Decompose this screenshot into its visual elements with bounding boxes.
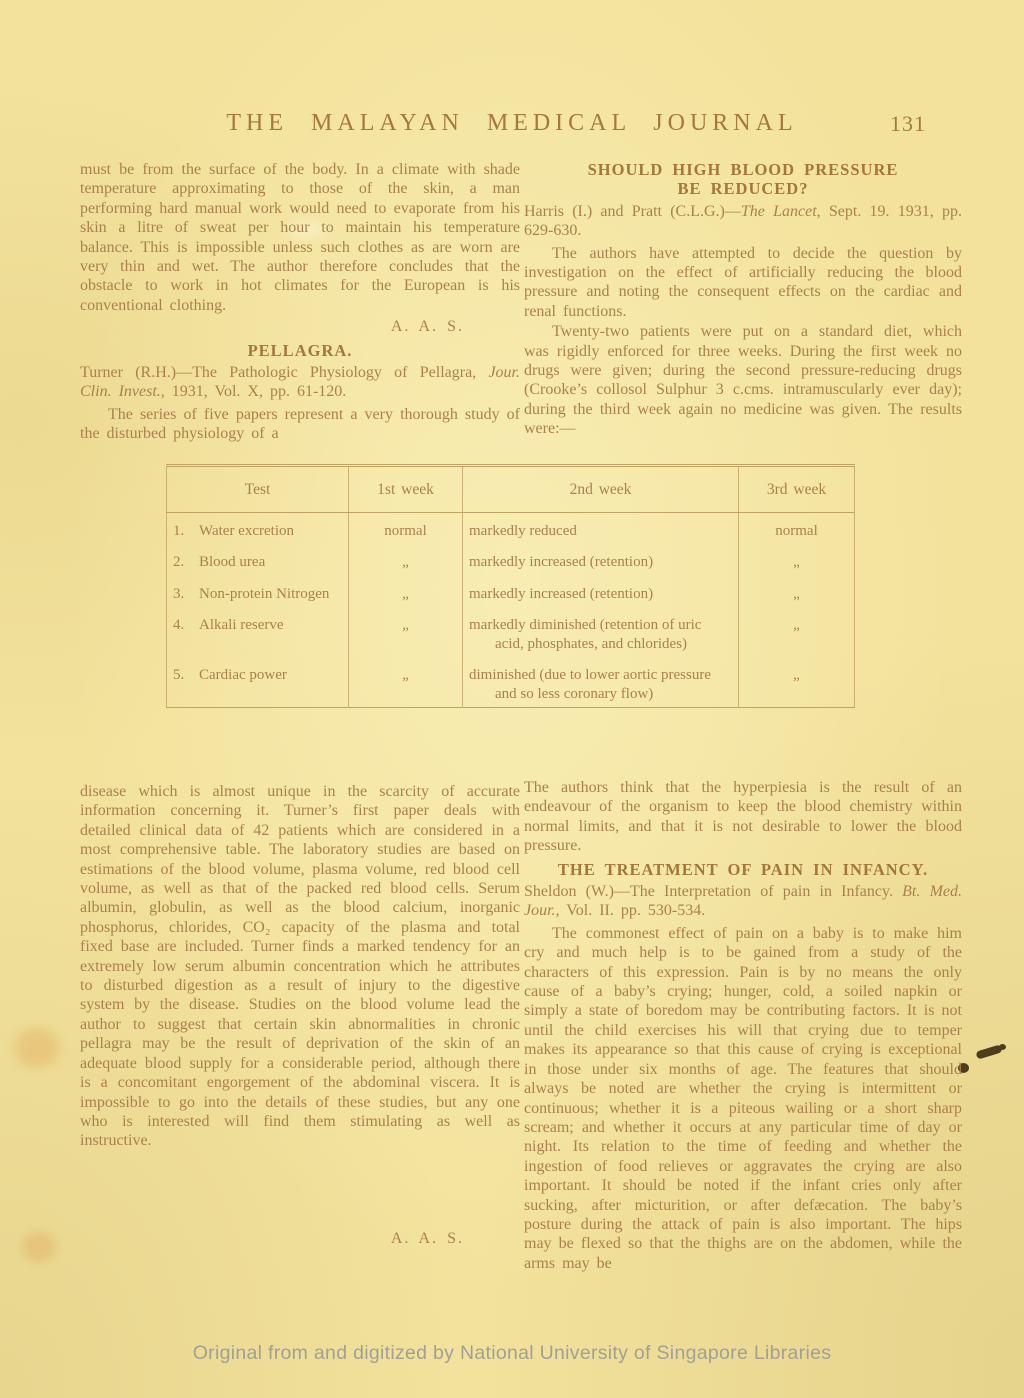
week1-value: „ [349, 607, 463, 657]
paragraph: disease which is almost unique in the sc… [80, 782, 520, 1151]
table-row: 5.Cardiac power „ diminished (due to low… [167, 657, 855, 708]
paper-stain [14, 1028, 60, 1068]
week2-value: diminished (due to lower aortic pressure… [469, 666, 732, 703]
table-row: 3.Non-protein Nitrogen „ markedly increa… [167, 576, 855, 608]
section-heading-pain-in-infancy: THE TREATMENT OF PAIN IN INFANCY. [524, 860, 962, 879]
table-header-week1: 1st week [349, 466, 463, 513]
citation: Harris (I.) and Pratt (C.L.G.)—The Lance… [524, 202, 962, 241]
running-head: THE MALAYAN MEDICAL JOURNAL 131 [0, 110, 1024, 137]
test-name: Blood urea [199, 553, 337, 572]
section-heading-blood-pressure: SHOULD HIGH BLOOD PRESSURE BE REDUCED? [573, 160, 913, 199]
paragraph: must be from the surface of the body. In… [80, 160, 520, 315]
paper-stain [22, 1232, 56, 1262]
week1-value: „ [349, 544, 463, 576]
week2-value: markedly reduced [469, 522, 732, 541]
table-row: 2.Blood urea „ markedly increased (reten… [167, 544, 855, 576]
left-column-bottom: disease which is almost unique in the sc… [80, 782, 520, 1249]
paragraph: Twenty-two patients were put on a standa… [524, 322, 962, 438]
table-row: 4.Alkali reserve „ markedly diminished (… [167, 607, 855, 657]
test-name: Non-protein Nitrogen [199, 585, 337, 604]
week3-value: „ [739, 544, 855, 576]
citation: Turner (R.H.)—The Pathologic Physiology … [80, 363, 520, 402]
table-row: 1.Water excretion normal markedly reduce… [167, 512, 855, 544]
citation-text: , 1931, Vol. X, pp. 61-120. [161, 383, 347, 400]
paragraph: The authors think that the hyperpiesia i… [524, 778, 962, 856]
digitization-credit: Original from and digitized by National … [0, 1342, 1024, 1365]
table-header-week3: 3rd week [739, 466, 855, 513]
left-column-top: must be from the surface of the body. In… [80, 160, 520, 445]
week2-value: markedly increased (retention) [469, 553, 732, 572]
row-number: 4. [173, 616, 199, 635]
citation-text: Harris (I.) and Pratt (C.L.G.)— [524, 203, 741, 220]
week1-value: „ [349, 576, 463, 608]
results-table: Test 1st week 2nd week 3rd week 1.Water … [166, 464, 855, 708]
table-header-week2: 2nd week [463, 466, 739, 513]
paragraph: The commonest effect of pain on a baby i… [524, 924, 962, 1273]
scanned-journal-page: THE MALAYAN MEDICAL JOURNAL 131 must be … [0, 0, 1024, 1398]
citation-text: , Vol. II. pp. 530-534. [556, 902, 706, 919]
citation: Sheldon (W.)—The Interpretation of pain … [524, 882, 962, 921]
journal-title: THE MALAYAN MEDICAL JOURNAL [0, 110, 1024, 137]
citation-text: Turner (R.H.)—The Pathologic Physiology … [80, 364, 488, 381]
test-name: Alkali reserve [199, 616, 337, 635]
week2-value: markedly increased (retention) [469, 585, 732, 604]
table-header-test: Test [167, 466, 349, 513]
week1-value: normal [349, 512, 463, 544]
reviewer-initials: A. A. S. [80, 1229, 520, 1248]
reviewer-initials: A. A. S. [80, 317, 520, 336]
week3-value: normal [739, 512, 855, 544]
table-header-row: Test 1st week 2nd week 3rd week [167, 466, 855, 513]
week2-value: markedly diminished (retention of uric a… [469, 616, 732, 653]
right-column-top: SHOULD HIGH BLOOD PRESSURE BE REDUCED? H… [524, 160, 962, 440]
week1-value: „ [349, 657, 463, 708]
page-number: 131 [890, 111, 926, 137]
section-heading-pellagra: PELLAGRA. [80, 341, 520, 360]
row-number: 1. [173, 522, 199, 541]
week3-value: „ [739, 607, 855, 657]
week3-value: „ [739, 657, 855, 708]
test-name: Cardiac power [199, 666, 337, 685]
paragraph: The series of five papers represent a ve… [80, 405, 520, 444]
citation-text: Sheldon (W.)—The Interpretation of pain … [524, 883, 902, 900]
week3-value: „ [739, 576, 855, 608]
right-column-bottom: The authors think that the hyperpiesia i… [524, 778, 962, 1274]
ink-speck [999, 1044, 1006, 1050]
citation-italic: The Lancet [741, 203, 817, 220]
results-table-wrap: Test 1st week 2nd week 3rd week 1.Water … [166, 464, 854, 708]
row-number: 3. [173, 585, 199, 604]
row-number: 5. [173, 666, 199, 685]
test-name: Water excretion [199, 522, 337, 541]
row-number: 2. [173, 553, 199, 572]
paragraph: The authors have attempted to decide the… [524, 244, 962, 322]
